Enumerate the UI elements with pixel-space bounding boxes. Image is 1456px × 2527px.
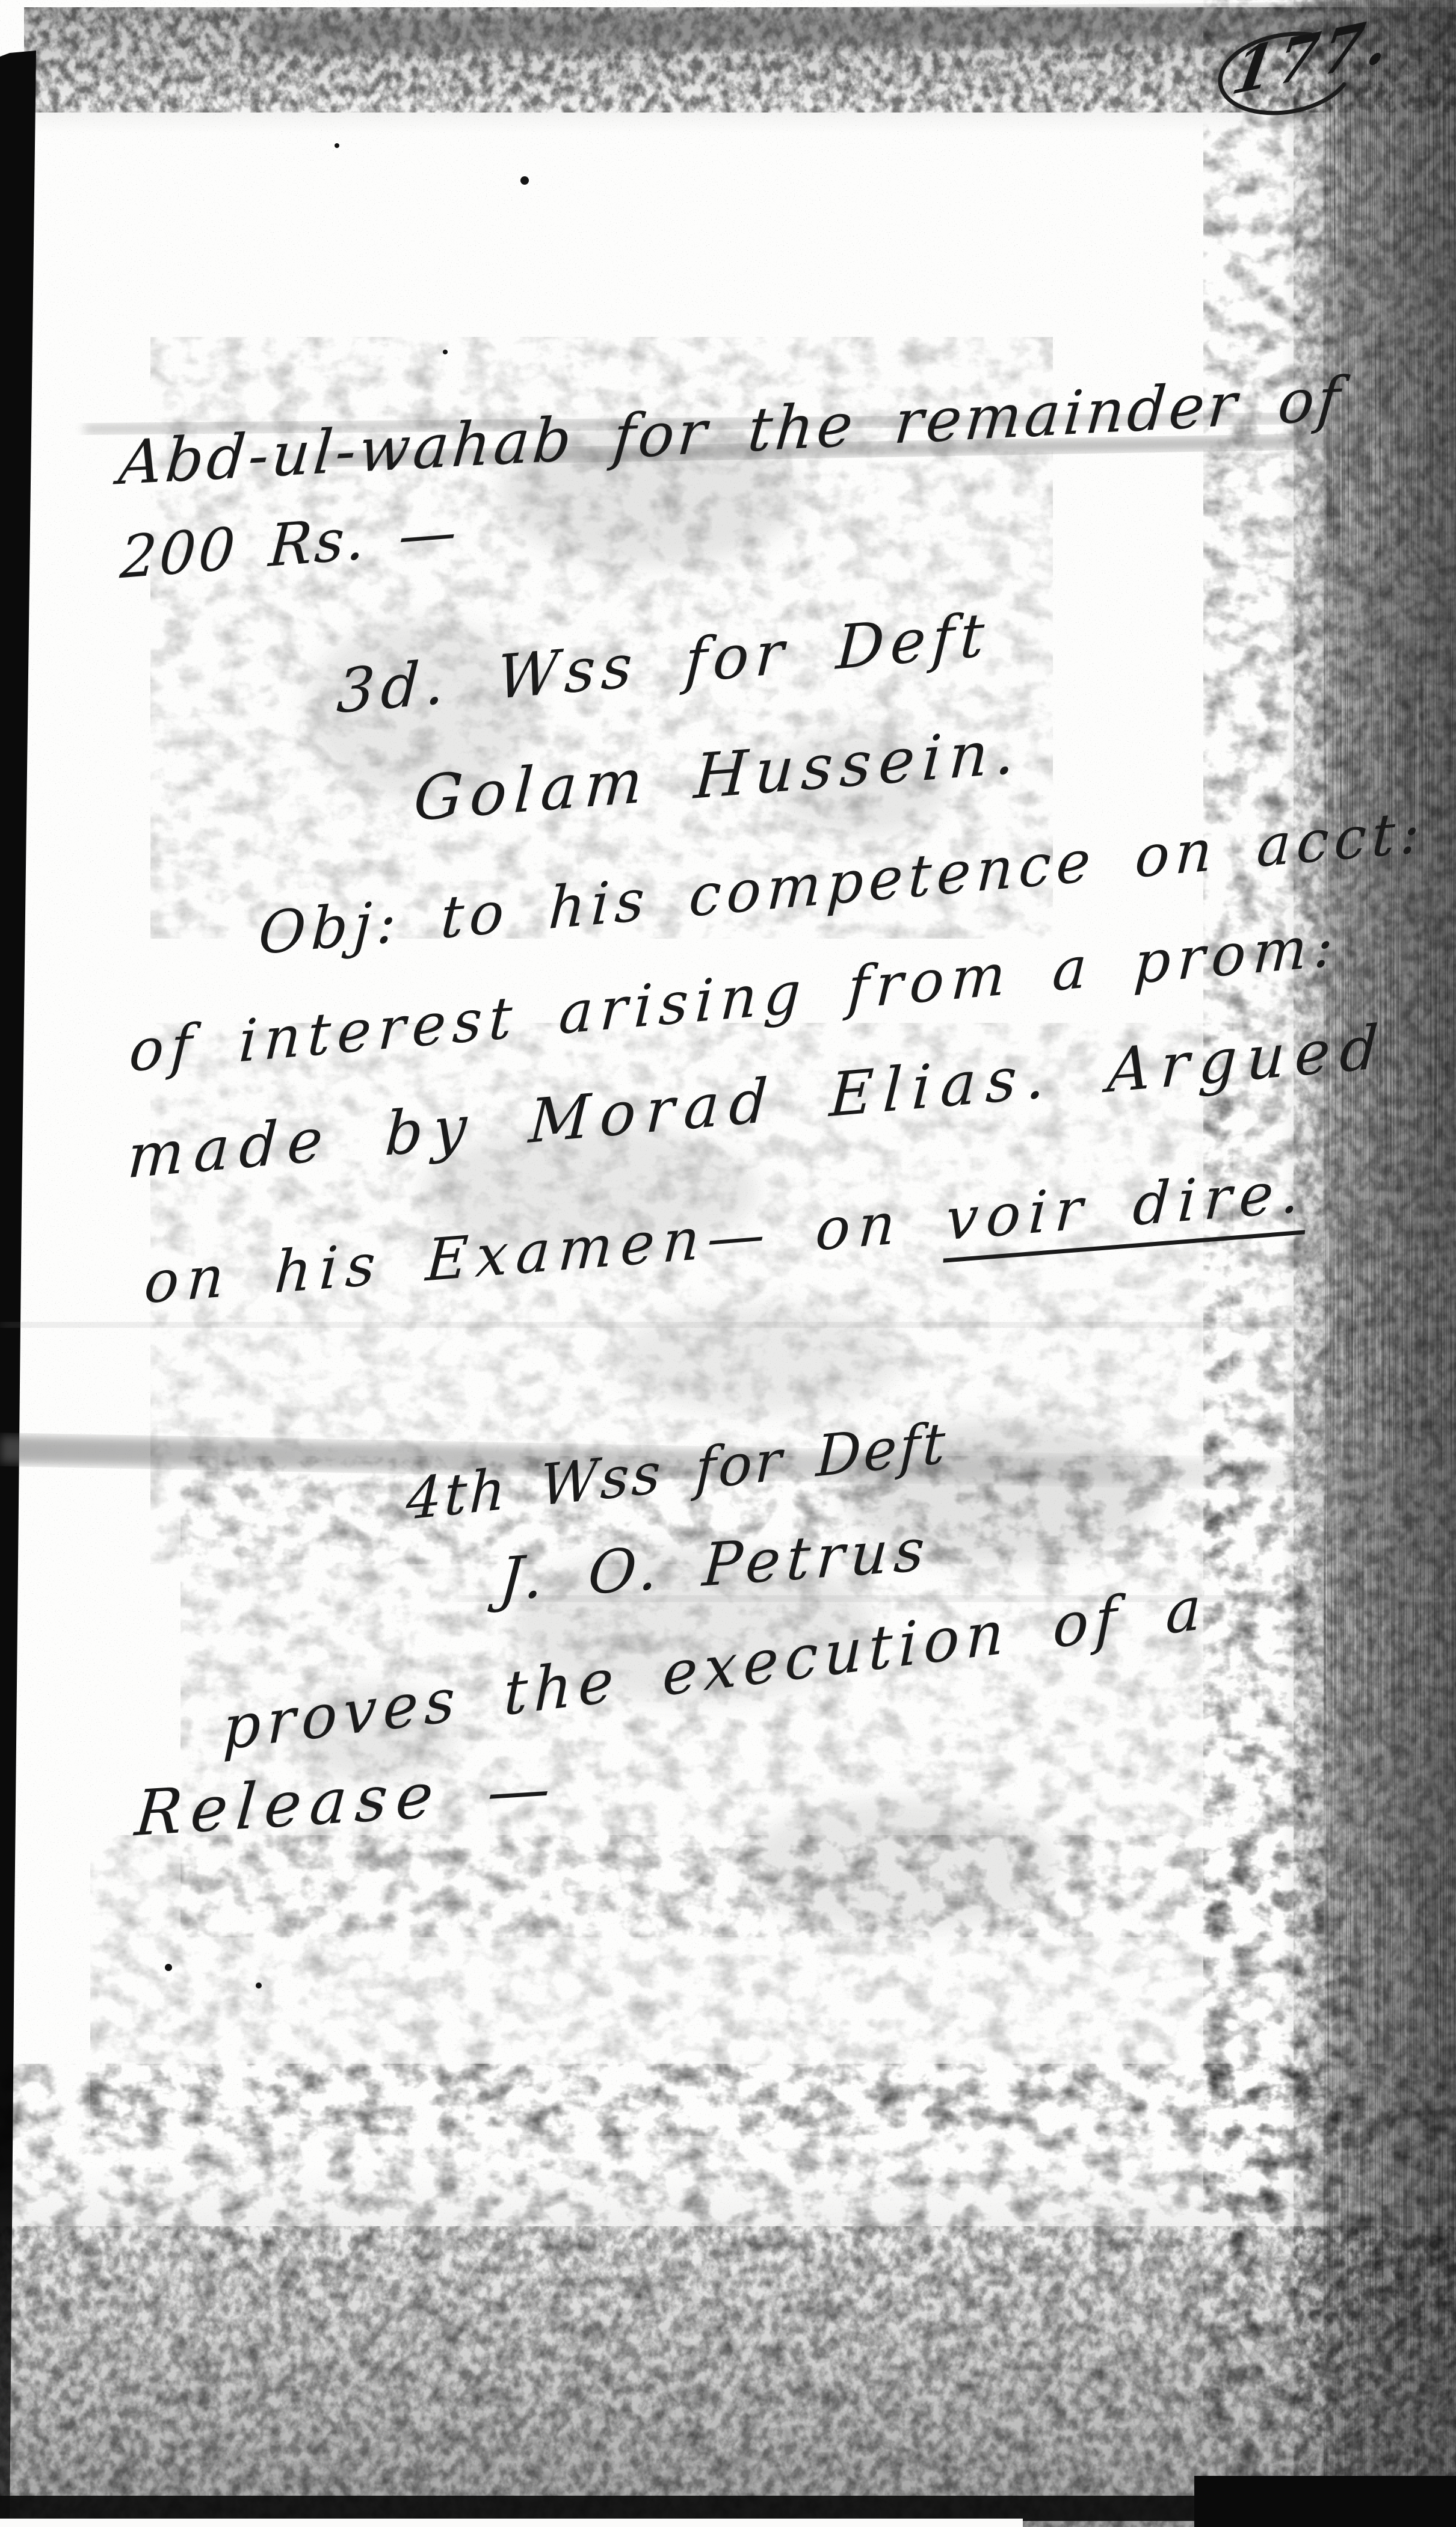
page-number-badge: 177.	[1194, 13, 1381, 128]
scanned-page: 177. Abd-ul-wahab for the remainder of 2…	[0, 0, 1456, 2527]
